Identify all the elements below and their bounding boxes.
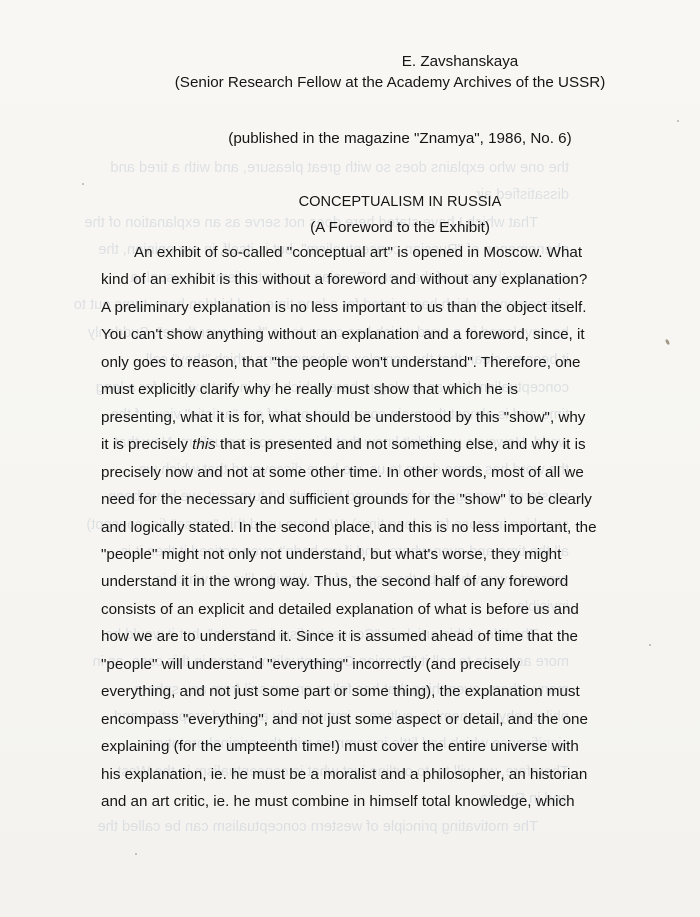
body-line: how we are to understand it. Since it is… <box>101 628 578 646</box>
document-page: the one who explains does so with great … <box>0 0 700 917</box>
article-subtitle: (A Foreword to the Exhibit) <box>50 219 700 237</box>
body-line: understand it in the wrong way. Thus, th… <box>101 573 568 591</box>
document-content: E. Zavshanskaya (Senior Research Fellow … <box>0 0 700 917</box>
body-line: presenting, what it is for, what should … <box>101 409 585 427</box>
paper-speck <box>82 183 84 185</box>
body-line: You can't show anything without an expla… <box>101 326 585 344</box>
body-line: precisely now and not at some other time… <box>101 464 584 482</box>
paper-speck <box>677 120 679 122</box>
body-line: everything, and not just some part or so… <box>101 683 580 701</box>
article-title: CONCEPTUALISM IN RUSSIA <box>50 193 700 211</box>
body-line: An exhibit of so-called "conceptual art"… <box>134 244 582 262</box>
paper-speck <box>649 644 651 646</box>
body-line: "people" might not only not understand, … <box>101 546 561 564</box>
body-line: kind of an exhibit is this without a for… <box>101 271 587 289</box>
body-text-segment: it is precisely <box>101 436 192 453</box>
body-line: "people" will understand "everything" in… <box>101 656 520 674</box>
body-line: his explanation, ie. he must be a morali… <box>101 766 587 784</box>
publication-note: (published in the magazine "Znamya", 198… <box>50 130 700 148</box>
paper-speck <box>135 853 137 855</box>
emphasized-word: this <box>192 436 216 453</box>
body-line: and an art critic, ie. he must combine i… <box>101 793 575 811</box>
body-line: A preliminary explanation is no less imp… <box>101 299 586 317</box>
body-text-segment: that is presented and not something else… <box>216 436 586 453</box>
body-line: consists of an explicit and detailed exp… <box>101 601 579 619</box>
author-name: E. Zavshanskaya <box>110 53 700 71</box>
body-line: must explicitly clarify why he really mu… <box>101 381 518 399</box>
body-line: explaining (for the umpteenth time!) mus… <box>101 738 579 756</box>
author-affiliation: (Senior Research Fellow at the Academy A… <box>40 74 700 92</box>
body-line: encompass "everything", and not just som… <box>101 711 588 729</box>
body-line: need for the necessary and sufficient gr… <box>101 491 592 509</box>
body-line: it is precisely this that is presented a… <box>101 436 586 454</box>
body-line: only goes to reason, that "the people wo… <box>101 354 580 372</box>
body-line: and logically stated. In the second plac… <box>101 519 597 537</box>
